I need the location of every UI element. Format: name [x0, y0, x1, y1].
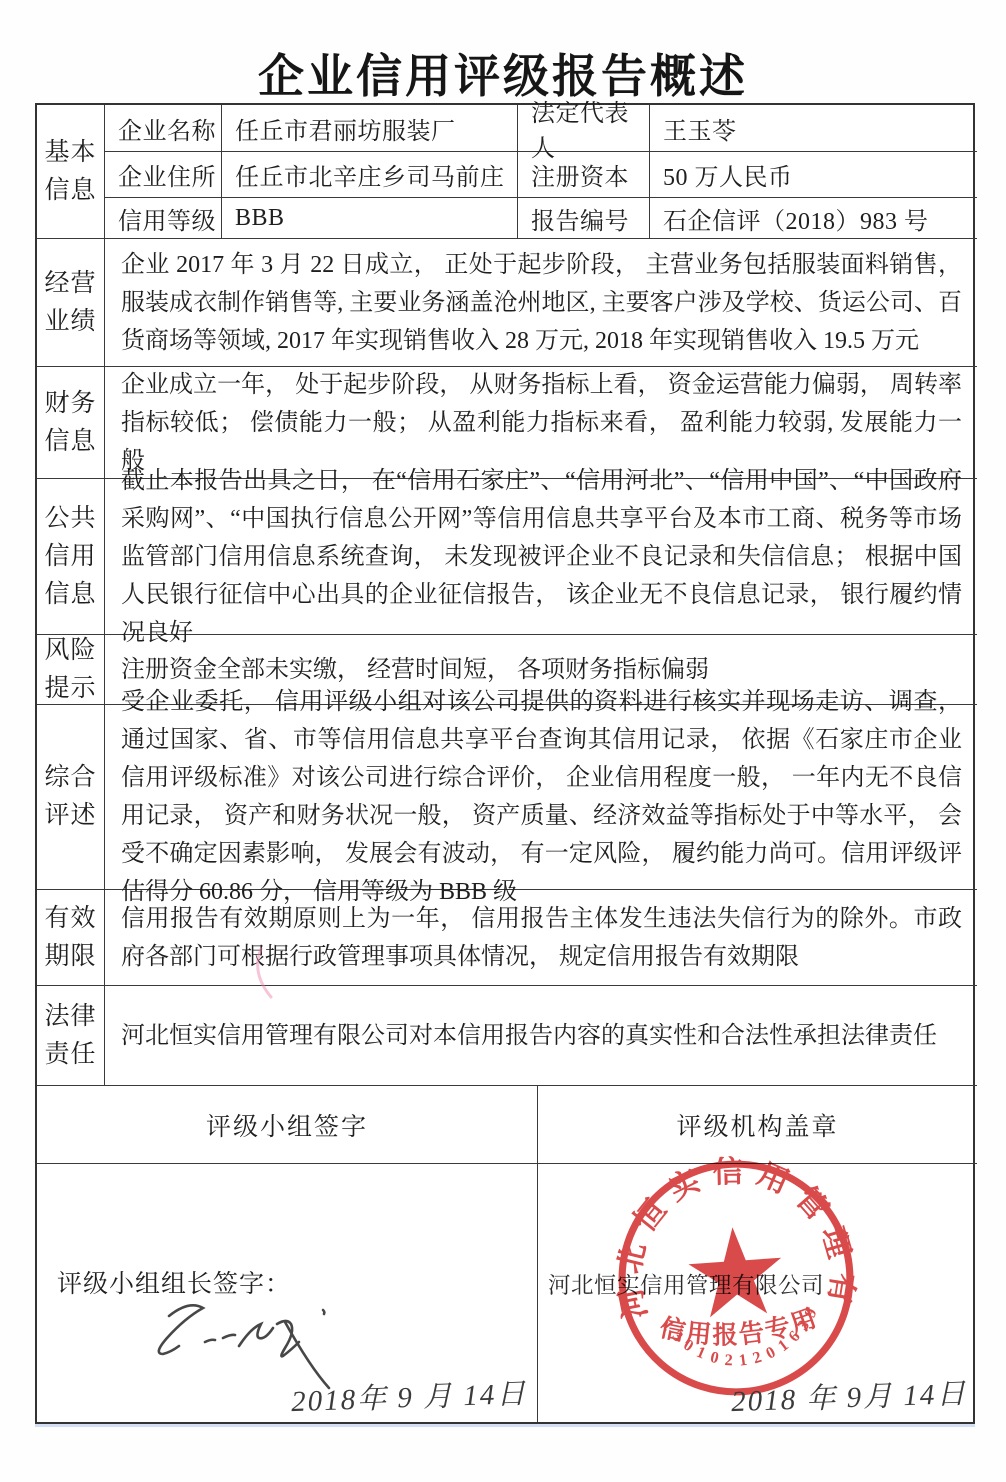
report-page: 企业信用评级报告概述 基本信息 企业名称 任丘市君丽坊服装厂 法定代表人 王玉苓… — [0, 0, 1006, 1482]
section-text-comprehensive-review: 受企业委托， 信用评级小组对该公司提供的资料进行核实并现场走访、调查， 通过国家… — [105, 705, 977, 890]
field-value-credit-rating: BBB — [222, 198, 518, 239]
field-label-address: 企业住所 — [105, 152, 222, 198]
section-text-legal-responsibility: 河北恒实信用管理有限公司对本信用报告内容的真实性和合法性承担法律责任 — [105, 986, 977, 1086]
seal-star-icon — [686, 1224, 785, 1319]
field-value-legal-rep: 王玉苓 — [650, 105, 977, 152]
field-value-company-name: 任丘市君丽坊服装厂 — [222, 105, 518, 152]
field-value-report-number: 石企信评（2018）983 号 — [650, 198, 977, 239]
header-agency-seal: 评级机构盖章 — [538, 1086, 977, 1164]
report-table: 基本信息 企业名称 任丘市君丽坊服装厂 法定代表人 王玉苓 企业住所 任丘市北辛… — [35, 103, 975, 1424]
section-label-comprehensive-review: 综合评述 — [37, 705, 105, 890]
team-signature-date: 2018年 9 月 14日 — [290, 1371, 528, 1420]
section-text-content: 河北恒实信用管理有限公司对本信用报告内容的真实性和合法性承担法律责任 — [121, 1017, 962, 1055]
field-value-registered-capital: 50 万人民币 — [650, 152, 977, 198]
agency-seal-date: 2018 年 9月 14日 — [730, 1371, 968, 1420]
team-signature-cell: 评级小组组长签字： 2018年 9 月 14日 — [37, 1164, 538, 1422]
section-label-public-credit: 公共信用信息 — [37, 479, 105, 635]
section-label-basic-info: 基本信息 — [37, 105, 105, 239]
section-text-business-performance: 企业 2017 年 3 月 22 日成立， 正处于起步阶段， 主营业务包括服装面… — [105, 239, 977, 367]
section-label-legal-responsibility: 法律责任 — [37, 986, 105, 1086]
field-value-address: 任丘市北辛庄乡司马前庄 — [222, 152, 518, 198]
agency-seal-cell: 河北恒实信用管理有限公司 河北恒实信用管理有限公司 信用报告专用章 130102… — [538, 1164, 977, 1422]
section-text-content: 信用报告有效期原则上为一年， 信用报告主体发生违法失信行为的除外。市政府各部门可… — [121, 900, 962, 976]
section-text-content: 企业 2017 年 3 月 22 日成立， 正处于起步阶段， 主营业务包括服装面… — [121, 246, 962, 360]
section-label-risk-warning: 风险提示 — [37, 635, 105, 705]
section-text-content: 截止本报告出具之日， 在“信用石家庄”、“信用河北”、“信用中国”、“中国政府采… — [121, 462, 962, 652]
field-label-registered-capital: 注册资本 — [518, 152, 650, 198]
header-team-signature: 评级小组签字 — [37, 1086, 538, 1164]
section-text-validity-period: 信用报告有效期原则上为一年， 信用报告主体发生违法失信行为的除外。市政府各部门可… — [105, 890, 977, 986]
field-label-report-number: 报告编号 — [518, 198, 650, 239]
section-label-validity-period: 有效期限 — [37, 890, 105, 986]
field-label-company-name: 企业名称 — [105, 105, 222, 152]
section-text-public-credit: 截止本报告出具之日， 在“信用石家庄”、“信用河北”、“信用中国”、“中国政府采… — [105, 479, 977, 635]
field-label-credit-rating: 信用等级 — [105, 198, 222, 239]
section-label-financial-info: 财务信息 — [37, 367, 105, 479]
section-label-business-performance: 经营业绩 — [37, 239, 105, 367]
page-title: 企业信用评级报告概述 — [0, 40, 1006, 106]
section-text-content: 受企业委托， 信用评级小组对该公司提供的资料进行核实并现场走访、调查， 通过国家… — [121, 683, 962, 911]
red-company-seal: 河北恒实信用管理有限公司 信用报告专用章 1301021201639 — [606, 1148, 866, 1408]
field-label-legal-rep: 法定代表人 — [518, 105, 650, 152]
